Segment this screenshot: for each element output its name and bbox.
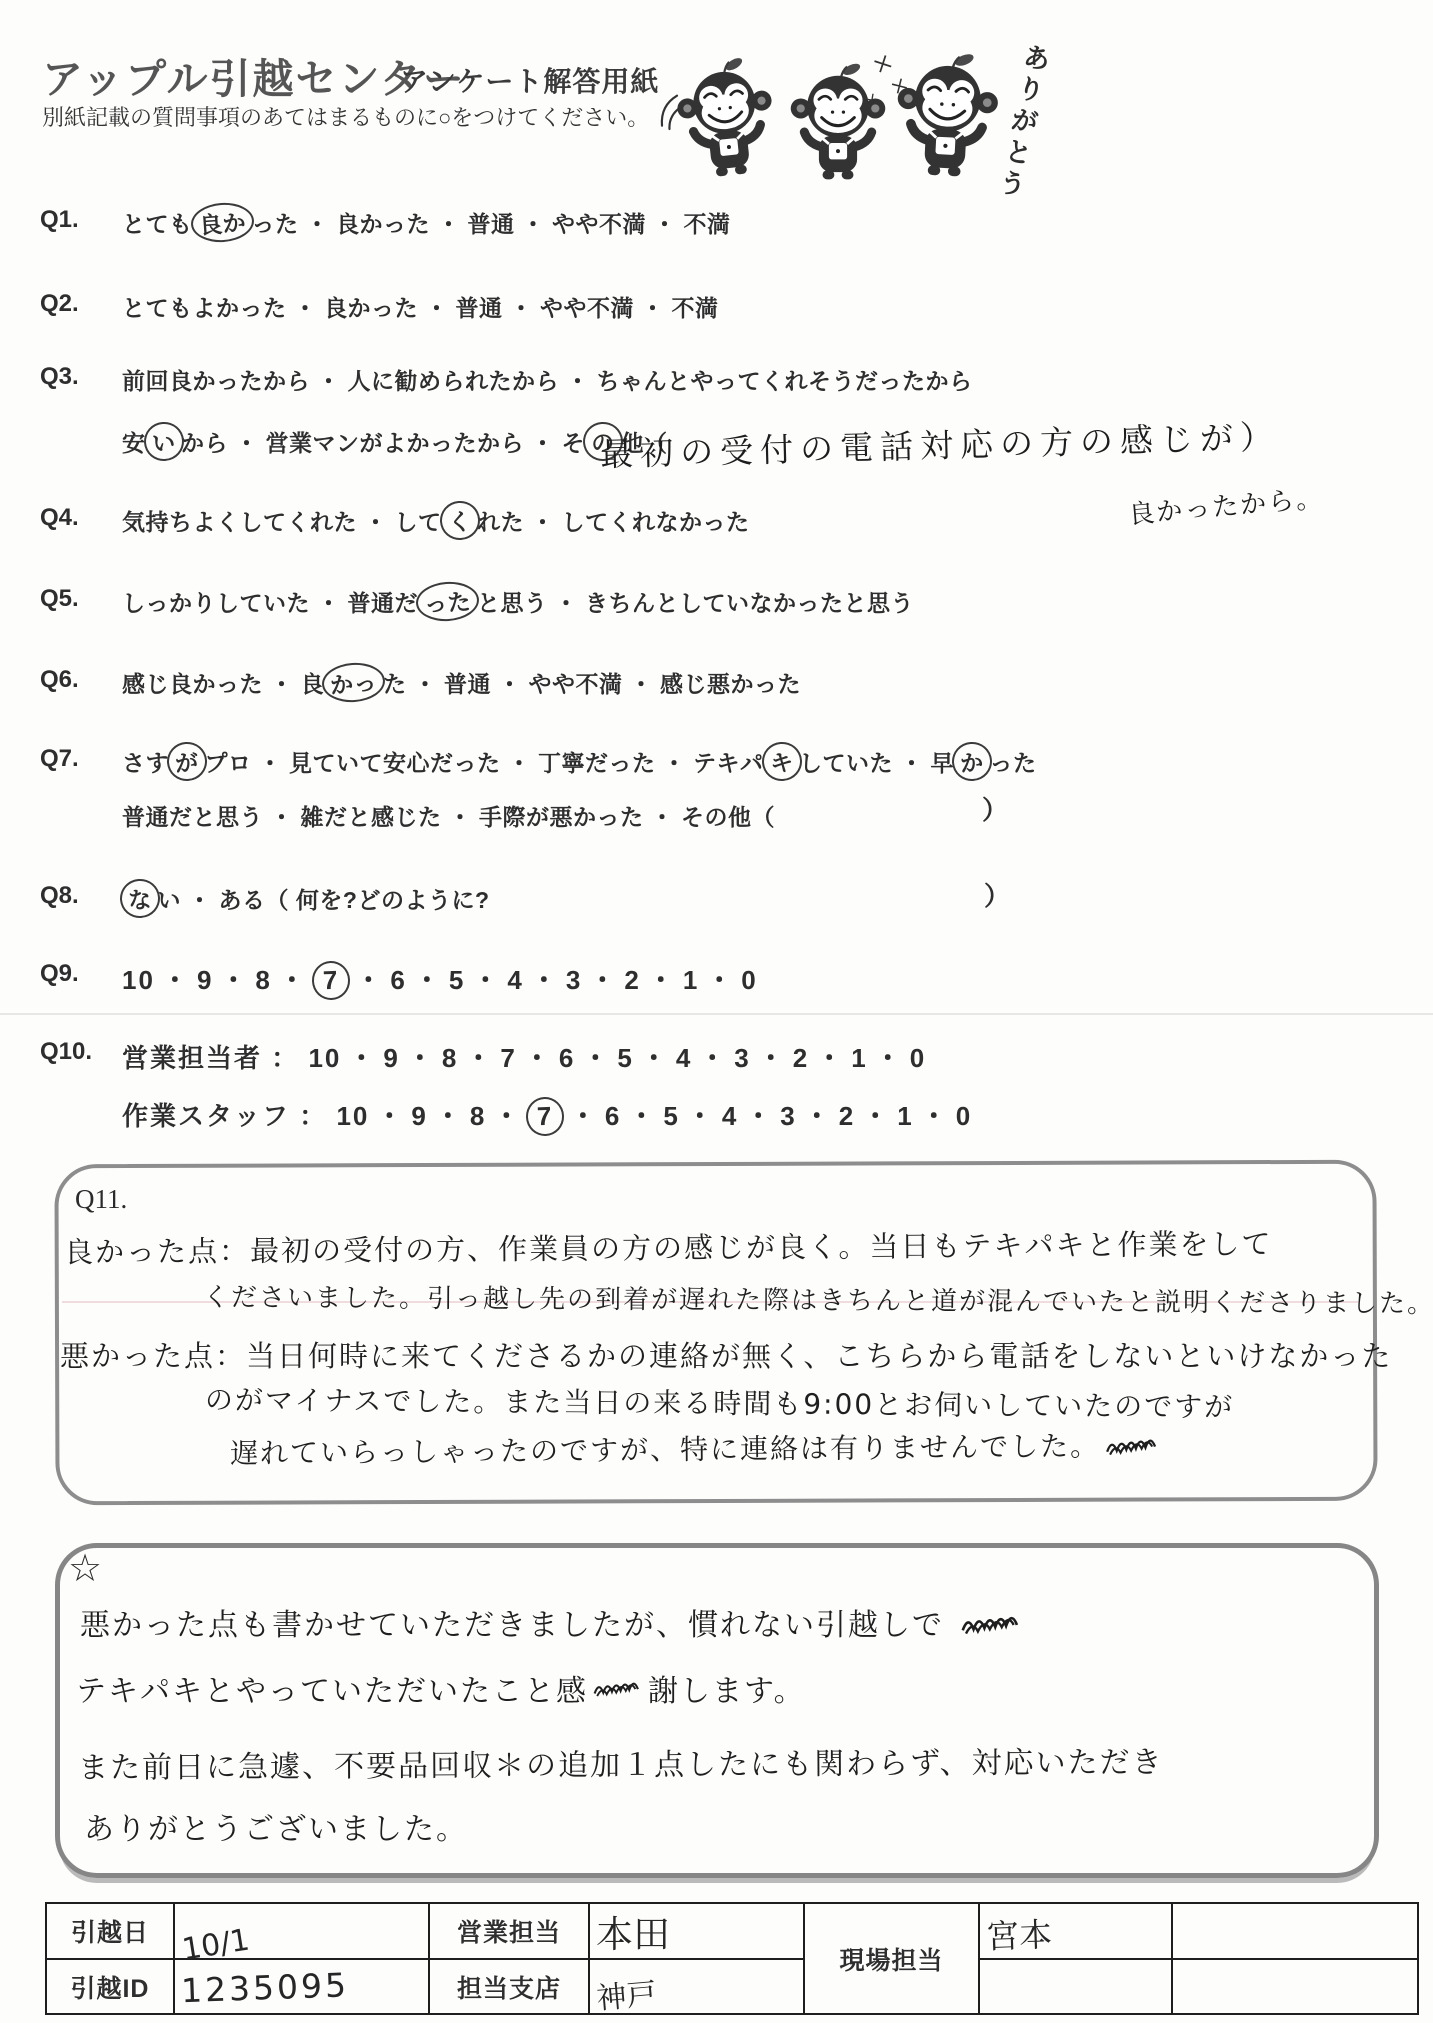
option: とてもよかった xyxy=(122,295,287,321)
option-separator: ・ xyxy=(259,750,283,776)
mascot-monkey-icon xyxy=(891,49,1004,182)
sales-rep-value: 本田 xyxy=(589,1903,804,1959)
option-separator: ・ xyxy=(570,1101,598,1131)
option: さすがプロ xyxy=(122,750,252,776)
q3-other-note-handwriting: 良かったから。 xyxy=(1127,478,1325,532)
option-separator: ・ xyxy=(294,295,318,321)
option: 1 xyxy=(683,965,699,995)
option: 感じ良かった xyxy=(122,671,263,697)
option-separator: ・ xyxy=(508,750,532,776)
option-separator: ・ xyxy=(220,965,248,995)
option-separator: ・ xyxy=(630,671,654,697)
option: 営業マンがよかったから xyxy=(266,430,525,456)
option: 8 xyxy=(470,1101,486,1131)
option-separator: ・ xyxy=(648,965,676,995)
site-rep-value: 宮本 xyxy=(978,1900,1173,1963)
scribble-icon xyxy=(948,1613,1036,1639)
q11-label: Q11. xyxy=(75,1184,127,1215)
empty-cell xyxy=(1172,1959,1418,2014)
option: やや不満 xyxy=(552,211,646,237)
branch-value: 神戸 xyxy=(587,1950,806,2023)
option-separator: ・ xyxy=(687,1101,715,1131)
mascot-monkey-icon xyxy=(670,53,782,185)
option: ある（ 何を?どのように? xyxy=(219,887,490,913)
selection-circle: 良か xyxy=(189,201,255,244)
question-options-line: 10・9・8・7・6・5・4・3・2・1・0 xyxy=(122,960,758,997)
q7-close-paren: ） xyxy=(982,790,1008,827)
star-mark: ☆ xyxy=(68,1546,102,1591)
option: 1 xyxy=(897,1101,913,1131)
q11-bad-point-line1: 悪かった点：当日何時に来てくださるかの連絡が無く、こちらから電話をしないといけな… xyxy=(60,1334,1392,1375)
question-options-line: とてもよかった・良かった・普通・やや不満・不満 xyxy=(122,290,719,323)
option: 手際が悪かった xyxy=(479,804,644,830)
selection-circle: 7 xyxy=(311,960,351,1000)
option: 7 xyxy=(314,965,348,995)
option-separator: ・ xyxy=(641,1043,669,1073)
option-separator: ・ xyxy=(498,671,522,697)
selection-circle: が xyxy=(166,741,208,783)
q11-good-point-line2: くださいました。引っ越し先の到着が遅れた際はきちんと道が混んでいたと説明くださり… xyxy=(203,1277,1433,1320)
option: 普通 xyxy=(456,295,503,321)
selection-circle: った xyxy=(415,580,481,623)
option-separator: ・ xyxy=(651,804,675,830)
option-separator: ・ xyxy=(522,211,546,237)
q11-bad-point-line2: のがマイナスでした。また当日の来る時間も9:00とお伺いしていたのですが xyxy=(205,1378,1234,1425)
option-separator: ・ xyxy=(745,1101,773,1131)
comment-line2-post: 謝します。 xyxy=(648,1674,806,1709)
option-separator: ・ xyxy=(493,1101,521,1131)
option: 安いから xyxy=(122,430,228,456)
option-separator: ・ xyxy=(900,750,924,776)
move-date-label: 引越日 xyxy=(46,1903,174,1959)
scribble-icon xyxy=(1104,1436,1162,1460)
option-separator: ・ xyxy=(531,430,555,456)
question-options-line: 感じ良かった・良かった・普通・やや不満・感じ悪かった xyxy=(122,666,801,699)
option-separator: ・ xyxy=(270,671,294,697)
option: 気持ちよくしてくれた xyxy=(122,509,357,535)
option-separator: ・ xyxy=(425,295,449,321)
form-title: アンケート解答用紙 xyxy=(400,60,659,100)
job-info-table: 引越日 10/1 営業担当 本田 現場担当 宮本 引越ID 1235095 担当… xyxy=(45,1902,1419,2015)
option: 普通だったと思う xyxy=(348,590,548,616)
option-separator: ・ xyxy=(589,965,617,995)
option: 見ていて安心だった xyxy=(289,750,501,776)
option: 4 xyxy=(507,965,523,995)
option-separator: ・ xyxy=(414,965,442,995)
option: 9 xyxy=(411,1101,427,1131)
option: 9 xyxy=(383,1043,399,1073)
option: 4 xyxy=(676,1043,692,1073)
option: 6 xyxy=(559,1043,575,1073)
option-separator: ・ xyxy=(407,1043,435,1073)
question-label: Q3. xyxy=(40,363,79,391)
option-separator: ・ xyxy=(435,1101,463,1131)
option-separator: ・ xyxy=(921,1101,949,1131)
option-separator: ・ xyxy=(555,590,579,616)
comment-line1: 悪かった点も書かせていただきましたが、慣れない引越しで xyxy=(80,1600,1040,1644)
question-label: Q10. xyxy=(40,1038,92,1066)
selection-circle: な xyxy=(119,878,161,920)
option: 4 xyxy=(722,1101,738,1131)
option: 7 xyxy=(500,1043,516,1073)
option: 早かった xyxy=(931,750,1037,776)
option-separator: ・ xyxy=(449,804,473,830)
empty-cell xyxy=(979,1959,1172,2014)
option-separator: ・ xyxy=(663,750,687,776)
survey-sheet: アップル引越センター アンケート解答用紙 別紙記載の質問事項のあてはまるものに○… xyxy=(0,0,1433,2023)
option: やや不満 xyxy=(540,295,634,321)
option-separator: ・ xyxy=(531,965,559,995)
option-separator: ・ xyxy=(317,368,341,394)
q11-bad-point-text: 遅れていらっしゃったのですが、特に連絡は有りませんでした。 xyxy=(230,1429,1100,1470)
question-options-line: さすがプロ・見ていて安心だった・丁寧だった・テキパキしていた・早かった xyxy=(122,745,1037,778)
instruction-text: 別紙記載の質問事項のあてはまるものに○をつけてください。 xyxy=(42,101,649,132)
option: 7 xyxy=(528,1101,562,1131)
question-options-line: 作業スタッフ ： 10・9・8・7・6・5・4・3・2・1・0 xyxy=(122,1096,972,1133)
option-separator: ・ xyxy=(376,1101,404,1131)
comment-line2-pre: テキパキとやっていただいたこと感 xyxy=(76,1674,588,1709)
option-separator: ・ xyxy=(804,1101,832,1131)
option-separator: ・ xyxy=(355,965,383,995)
option-separator: ・ xyxy=(628,1101,656,1131)
option-separator: ・ xyxy=(279,965,307,995)
option-separator: ・ xyxy=(641,295,665,321)
option: 人に勧められたから xyxy=(348,368,560,394)
question-label: Q2. xyxy=(40,290,79,318)
option: してくれた xyxy=(395,509,525,535)
option: 普通 xyxy=(468,211,515,237)
option: 普通 xyxy=(444,671,491,697)
option: 5 xyxy=(663,1101,679,1131)
scan-artifact-line xyxy=(0,1013,1433,1015)
option-separator: ・ xyxy=(758,1043,786,1073)
option-separator: ・ xyxy=(531,509,555,535)
option: 良かった xyxy=(301,671,407,697)
option: 普通だと思う xyxy=(122,804,263,830)
option: 0 xyxy=(956,1101,972,1131)
selection-circle: キ xyxy=(760,741,802,783)
option: 0 xyxy=(910,1043,926,1073)
option-separator: ・ xyxy=(348,1043,376,1073)
option: 3 xyxy=(780,1101,796,1131)
option: 2 xyxy=(793,1043,809,1073)
question-options-line: ない・ある（ 何を?どのように? xyxy=(122,882,490,915)
q11-bad-point-line3: 遅れていらっしゃったのですが、特に連絡は有りませんでした。 xyxy=(230,1424,1166,1472)
question-label: Q8. xyxy=(40,882,79,910)
mascot-monkey-icon xyxy=(788,62,888,184)
option-separator: ・ xyxy=(510,295,534,321)
option: 良かった xyxy=(336,211,430,237)
option: 作業スタッフ ： xyxy=(122,1101,336,1131)
comment-line3: また前日に急遽、不要品回収＊の追加１点したにも関わらず、対応いただき xyxy=(78,1737,1164,1787)
option: 5 xyxy=(617,1043,633,1073)
option: 6 xyxy=(605,1101,621,1131)
option: 営業担当者 ： xyxy=(122,1043,308,1073)
option: とても良かった xyxy=(122,211,299,237)
empty-cell xyxy=(1172,1903,1418,1959)
option-separator: ・ xyxy=(188,887,212,913)
comment-line2: テキパキとやっていただいたこと感謝します。 xyxy=(76,1666,806,1710)
selection-circle: かっ xyxy=(321,661,387,704)
question-label: Q7. xyxy=(40,745,79,773)
option-separator: ・ xyxy=(582,1043,610,1073)
option-separator: ・ xyxy=(317,590,341,616)
option-separator: ・ xyxy=(862,1101,890,1131)
option-separator: ・ xyxy=(437,211,461,237)
question-label: Q6. xyxy=(40,666,79,694)
branch-label: 担当支店 xyxy=(429,1959,589,2014)
option-separator: ・ xyxy=(472,965,500,995)
option: 2 xyxy=(624,965,640,995)
option: 3 xyxy=(734,1043,750,1073)
option: してくれなかった xyxy=(562,509,750,535)
move-id-label: 引越ID xyxy=(46,1959,174,2014)
question-options-line: 安いから・営業マンがよかったから・その他（ xyxy=(122,425,668,458)
q11-good-point-line1: 良かった点：最初の受付の方、作業員の方の感じが良く。当日もテキパキと作業をして xyxy=(64,1222,1273,1271)
question-options-line: 営業担当者 ： 10・9・8・7・6・5・4・3・2・1・0 xyxy=(122,1038,926,1075)
option-separator: ・ xyxy=(566,368,590,394)
option: やや不満 xyxy=(529,671,623,697)
option: 3 xyxy=(566,965,582,995)
site-rep-label: 現場担当 xyxy=(804,1903,979,2014)
selection-circle: か xyxy=(951,741,993,783)
question-options-line: 前回良かったから・人に勧められたから・ちゃんとやってくれそうだったから xyxy=(122,363,973,396)
option-separator: ・ xyxy=(653,211,677,237)
option: しっかりしていた xyxy=(122,590,310,616)
option-separator: ・ xyxy=(414,671,438,697)
option-separator: ・ xyxy=(706,965,734,995)
sales-rep-label: 営業担当 xyxy=(429,1903,589,1959)
option: その他（ xyxy=(681,804,775,830)
selection-circle: く xyxy=(438,500,480,542)
option: きちんとしていなかったと思う xyxy=(585,590,914,616)
option: 丁寧だった xyxy=(538,750,656,776)
q8-close-paren: ） xyxy=(984,876,1010,913)
option: 2 xyxy=(839,1101,855,1131)
option: 8 xyxy=(442,1043,458,1073)
selection-circle: い xyxy=(142,421,184,463)
option-separator: ・ xyxy=(306,211,330,237)
question-label: Q1. xyxy=(40,206,79,234)
option-separator: ・ xyxy=(364,509,388,535)
comment-line4: ありがとうございました。 xyxy=(84,1804,468,1848)
option: 10 xyxy=(308,1043,341,1073)
option: 10 xyxy=(122,965,155,995)
option-separator: ・ xyxy=(875,1043,903,1073)
option: 不満 xyxy=(672,295,719,321)
option: 10 xyxy=(336,1101,369,1131)
question-options-line: 普通だと思う・雑だと感じた・手際が悪かった・その他（ xyxy=(122,799,775,832)
option-separator: ・ xyxy=(270,804,294,830)
question-label: Q5. xyxy=(40,585,79,613)
option: 感じ悪かった xyxy=(660,671,801,697)
question-label: Q4. xyxy=(40,504,79,532)
option: 雑だと感じた xyxy=(301,804,442,830)
option: 良かった xyxy=(324,295,418,321)
option-separator: ・ xyxy=(524,1043,552,1073)
option-separator: ・ xyxy=(465,1043,493,1073)
option: 8 xyxy=(255,965,271,995)
option: ない xyxy=(122,887,181,913)
move-id-value: 1235095 xyxy=(173,1955,430,2019)
option-separator: ・ xyxy=(816,1043,844,1073)
option: ちゃんとやってくれそうだったから xyxy=(597,368,973,394)
option: テキパキしていた xyxy=(693,750,893,776)
option-separator: ・ xyxy=(699,1043,727,1073)
option: 前回良かったから xyxy=(122,368,310,394)
question-options-line: とても良かった・良かった・普通・やや不満・不満 xyxy=(122,206,731,239)
option: 1 xyxy=(851,1043,867,1073)
comment-line1-text: 悪かった点も書かせていただきましたが、慣れない引越しで xyxy=(80,1608,944,1643)
selection-circle: 7 xyxy=(526,1096,566,1136)
option: 不満 xyxy=(684,211,731,237)
option: 9 xyxy=(197,965,213,995)
option: 6 xyxy=(390,965,406,995)
scribble-icon xyxy=(592,1675,644,1705)
question-label: Q9. xyxy=(40,960,79,988)
q3-other-note-handwriting: 最初の受付の電話対応の方の感じが） xyxy=(600,411,1281,476)
option: 0 xyxy=(741,965,757,995)
question-options-line: しっかりしていた・普通だったと思う・きちんとしていなかったと思う xyxy=(122,585,914,618)
question-options-line: 気持ちよくしてくれた・してくれた・してくれなかった xyxy=(122,504,750,537)
option: 5 xyxy=(449,965,465,995)
option-separator: ・ xyxy=(162,965,190,995)
option-separator: ・ xyxy=(235,430,259,456)
